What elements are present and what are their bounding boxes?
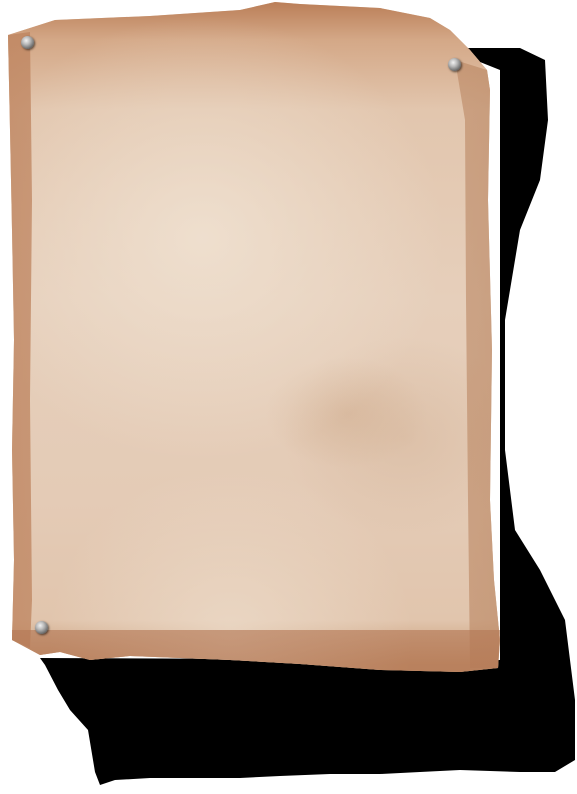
pin-icon-bottom-left	[35, 621, 48, 634]
parchment-scene	[0, 0, 577, 794]
pin-icon-top-right	[448, 58, 461, 71]
pin-icon-top-left	[21, 36, 34, 49]
